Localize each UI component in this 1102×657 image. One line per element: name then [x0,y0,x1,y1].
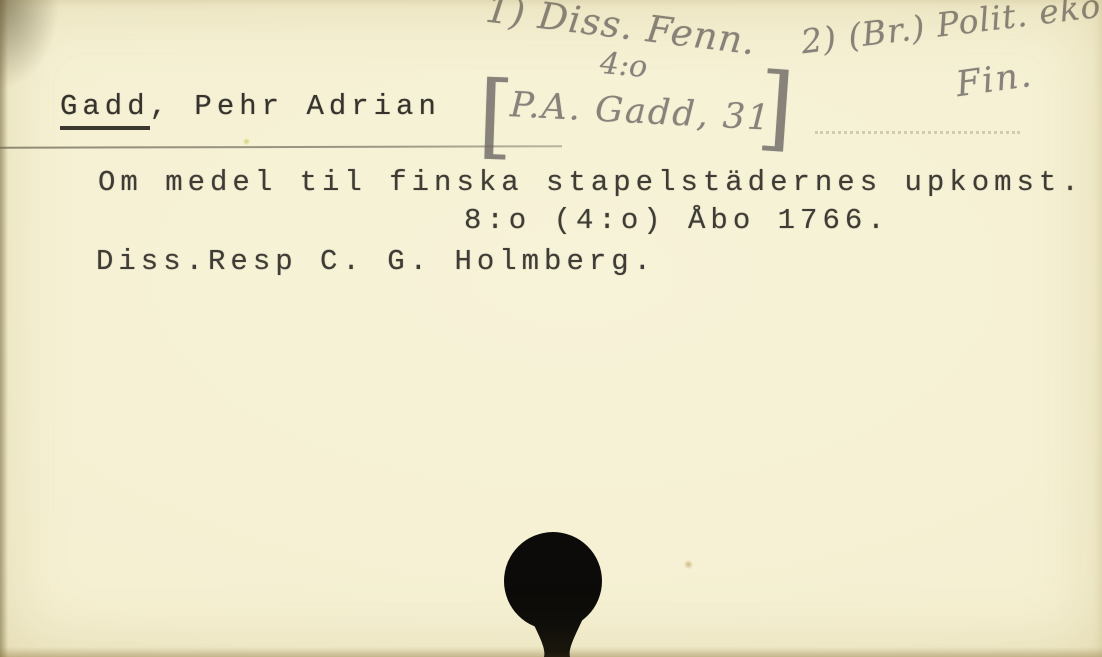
pencil-classmark-2: 2) (Br.) Polit. ekon. [799,0,1102,61]
pencil-classmark-2b: Fin. [954,55,1036,105]
card-bottom-edge [0,647,1102,657]
author-surname: Gadd [60,90,150,130]
faint-dotted-line [815,131,1020,134]
title-line: Om medel til finska stapelstädernes upko… [98,166,1084,199]
paper-speck [684,560,693,569]
author-forenames: , Pehr Adrian [150,90,441,123]
imprint-line: 8:o (4:o) Åbo 1766. [464,204,890,237]
author-heading: Gadd, Pehr Adrian [60,90,441,123]
pencil-format-note: 4:o [599,46,649,85]
card-left-edge [0,0,8,657]
pencil-bracket-close: ] [755,61,797,155]
corner-shadow [0,0,60,90]
pencil-author-reference: P.A. Gadd, 31 [509,85,772,139]
paper-speck [243,138,250,145]
respondent-line: Diss.Resp C. G. Holmberg. [96,245,656,278]
catalog-card: 1) Diss. Fenn. 4:o [ P.A. Gadd, 31 ] 2) … [0,0,1102,657]
